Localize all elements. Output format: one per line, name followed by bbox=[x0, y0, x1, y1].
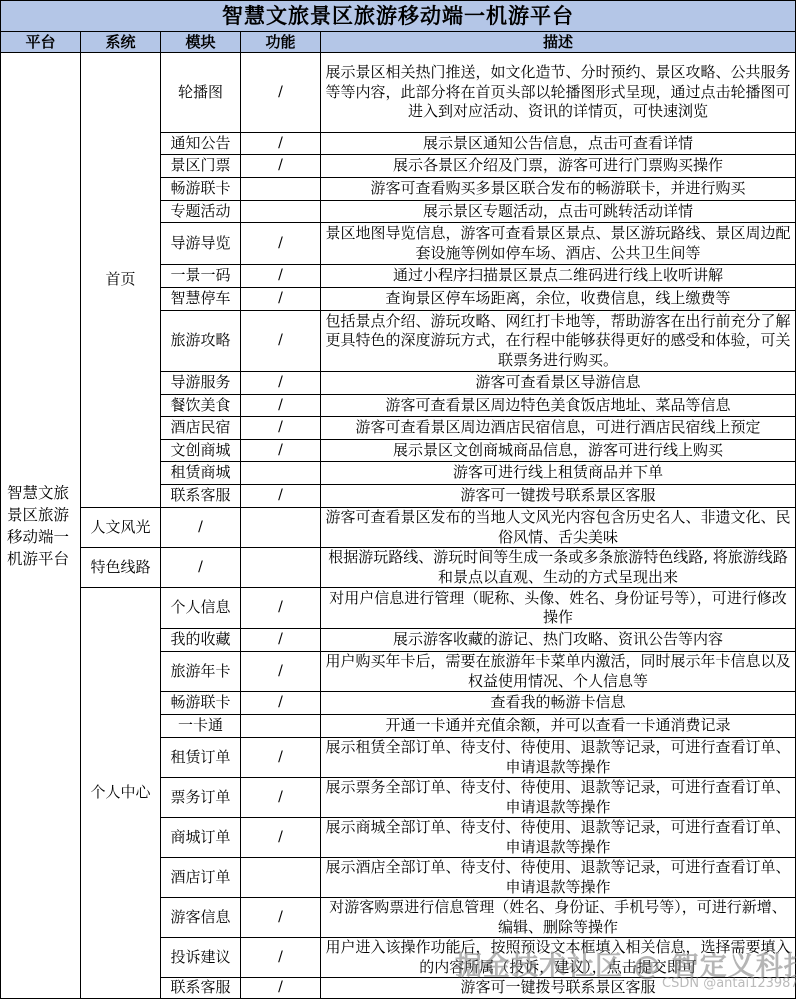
module-cell: 旅游攻略 bbox=[161, 311, 241, 372]
description-cell: 展示各景区介绍及门票，游客可进行门票购买操作 bbox=[321, 155, 796, 178]
module-cell: 我的收藏 bbox=[161, 629, 241, 652]
function-cell: / bbox=[241, 652, 321, 692]
table-title: 智慧文旅景区旅游移动端一机游平台 bbox=[1, 1, 796, 32]
module-cell: 商城订单 bbox=[161, 818, 241, 858]
module-cell: / bbox=[161, 508, 241, 548]
function-cell: / bbox=[241, 223, 321, 265]
module-cell: 投诉建议 bbox=[161, 938, 241, 978]
description-cell: 根据游玩路线、游玩时间等生成一条或多条旅游特色线路, 将旅游线路和景点以直观、生… bbox=[321, 548, 796, 588]
function-cell: / bbox=[241, 53, 321, 133]
description-cell: 通过小程序扫描景区景点二维码进行线上收听讲解 bbox=[321, 265, 796, 288]
header-system: 系统 bbox=[81, 32, 161, 53]
module-cell: 游客信息 bbox=[161, 898, 241, 938]
function-cell: / bbox=[241, 938, 321, 978]
system-cell-home: 首页 bbox=[81, 53, 161, 508]
function-cell bbox=[241, 548, 321, 588]
table-row: 人文风光 / 游客可查看景区发布的当地人文风光内容包含历史名人、非遗文化、民俗风… bbox=[1, 508, 796, 548]
table-row: 个人中心 个人信息 / 对用户信息进行管理（昵称、头像、姓名、身份证号等），可进… bbox=[1, 588, 796, 629]
description-cell: 景区地图导览信息，游客可查看景区景点、景区游玩路线、景区周边配套设施等例如停车场… bbox=[321, 223, 796, 265]
module-cell: 租赁订单 bbox=[161, 738, 241, 778]
function-cell bbox=[241, 858, 321, 898]
module-table: 智慧文旅景区旅游移动端一机游平台 平台 系统 模块 功能 描述 智慧文旅景区旅游… bbox=[0, 0, 796, 999]
module-cell: / bbox=[161, 548, 241, 588]
description-cell: 查询景区停车场距离，余位，收费信息，线上缴费等 bbox=[321, 288, 796, 311]
module-cell: 酒店民宿 bbox=[161, 417, 241, 440]
header-function: 功能 bbox=[241, 32, 321, 53]
function-cell: / bbox=[241, 133, 321, 155]
description-cell: 游客可一键拨号联系景区客服 bbox=[321, 978, 796, 999]
module-cell: 智慧停车 bbox=[161, 288, 241, 311]
header-row: 平台 系统 模块 功能 描述 bbox=[1, 32, 796, 53]
description-cell: 展示景区相关热门推送，如文化造节、分时预约、景区攻略、公共服务等等内容，此部分将… bbox=[321, 53, 796, 133]
module-cell: 餐饮美食 bbox=[161, 395, 241, 417]
module-cell: 导游导览 bbox=[161, 223, 241, 265]
module-cell: 酒店订单 bbox=[161, 858, 241, 898]
description-cell: 展示景区文创商城商品信息，游客可进行线上购买 bbox=[321, 440, 796, 462]
description-cell: 展示酒店全部订单、待支付、待使用、退款等记录，可进行查看订单、申请退款等操作 bbox=[321, 858, 796, 898]
description-cell: 开通一卡通并充值余额，并可以查看一卡通消费记录 bbox=[321, 715, 796, 738]
title-row: 智慧文旅景区旅游移动端一机游平台 bbox=[1, 1, 796, 32]
module-cell: 景区门票 bbox=[161, 155, 241, 178]
system-cell-routes: 特色线路 bbox=[81, 548, 161, 588]
module-cell: 租赁商城 bbox=[161, 462, 241, 485]
function-cell: / bbox=[241, 818, 321, 858]
module-cell: 通知公告 bbox=[161, 133, 241, 155]
description-cell: 展示景区通知公告信息，点击可查看详情 bbox=[321, 133, 796, 155]
function-cell bbox=[241, 201, 321, 223]
function-cell: / bbox=[241, 629, 321, 652]
function-cell: / bbox=[241, 372, 321, 395]
description-cell: 展示票务全部订单、待支付、待使用、退款等记录，可进行查看订单、申请退款等操作 bbox=[321, 778, 796, 818]
system-cell-culture: 人文风光 bbox=[81, 508, 161, 548]
table-row: 特色线路 / 根据游玩路线、游玩时间等生成一条或多条旅游特色线路, 将旅游线路和… bbox=[1, 548, 796, 588]
description-cell: 游客可查看景区导游信息 bbox=[321, 372, 796, 395]
module-cell: 一景一码 bbox=[161, 265, 241, 288]
module-cell: 导游服务 bbox=[161, 372, 241, 395]
function-cell: / bbox=[241, 288, 321, 311]
description-cell: 游客可查看景区周边特色美食饭店地址、菜品等信息 bbox=[321, 395, 796, 417]
function-cell: / bbox=[241, 978, 321, 999]
module-cell: 专题活动 bbox=[161, 201, 241, 223]
function-cell: / bbox=[241, 898, 321, 938]
description-cell: 用户进入该操作功能后，按照预设文本框填入相关信息，选择需要填入的内容所属（投诉，… bbox=[321, 938, 796, 978]
description-cell: 查看我的畅游卡信息 bbox=[321, 692, 796, 715]
function-cell: / bbox=[241, 265, 321, 288]
module-cell: 个人信息 bbox=[161, 588, 241, 629]
function-cell: / bbox=[241, 417, 321, 440]
function-cell bbox=[241, 178, 321, 201]
module-cell: 畅游联卡 bbox=[161, 178, 241, 201]
description-cell: 用户购买年卡后，需要在旅游年卡菜单内激活，同时展示年卡信息以及权益使用情况、个人… bbox=[321, 652, 796, 692]
system-cell-personal: 个人中心 bbox=[81, 588, 161, 999]
module-cell: 票务订单 bbox=[161, 778, 241, 818]
function-cell: / bbox=[241, 155, 321, 178]
module-cell: 联系客服 bbox=[161, 485, 241, 508]
function-cell: / bbox=[241, 485, 321, 508]
module-cell: 一卡通 bbox=[161, 715, 241, 738]
header-description: 描述 bbox=[321, 32, 796, 53]
module-cell: 文创商城 bbox=[161, 440, 241, 462]
description-cell: 展示租赁全部订单、待支付、待使用、退款等记录，可进行查看订单、申请退款等操作 bbox=[321, 738, 796, 778]
description-cell: 游客可查看景区周边酒店民宿信息，可进行酒店民宿线上预定 bbox=[321, 417, 796, 440]
module-cell: 联系客服 bbox=[161, 978, 241, 999]
header-platform: 平台 bbox=[1, 32, 81, 53]
function-cell: / bbox=[241, 588, 321, 629]
description-cell: 展示游客收藏的游记、热门攻略、资讯公告等内容 bbox=[321, 629, 796, 652]
module-cell: 轮播图 bbox=[161, 53, 241, 133]
description-cell: 展示景区专题活动，点击可跳转活动详情 bbox=[321, 201, 796, 223]
description-cell: 对用户信息进行管理（昵称、头像、姓名、身份证号等），可进行修改操作 bbox=[321, 588, 796, 629]
table-row: 智慧文旅景区旅游移动端一机游平台 首页 轮播图 / 展示景区相关热门推送，如文化… bbox=[1, 53, 796, 133]
function-cell: / bbox=[241, 692, 321, 715]
description-cell: 游客可查看购买多景区联合发布的畅游联卡，并进行购买 bbox=[321, 178, 796, 201]
header-module: 模块 bbox=[161, 32, 241, 53]
function-cell bbox=[241, 715, 321, 738]
description-cell: 游客可进行线上租赁商品并下单 bbox=[321, 462, 796, 485]
description-cell: 展示商城全部订单、待支付、待使用、退款等记录，可进行查看订单、申请退款等操作 bbox=[321, 818, 796, 858]
function-cell: / bbox=[241, 738, 321, 778]
platform-cell: 智慧文旅景区旅游移动端一机游平台 bbox=[1, 53, 81, 999]
function-cell bbox=[241, 462, 321, 485]
description-cell: 游客可查看景区发布的当地人文风光内容包含历史名人、非遗文化、民俗风情、舌尖美味 bbox=[321, 508, 796, 548]
module-cell: 旅游年卡 bbox=[161, 652, 241, 692]
function-cell bbox=[241, 508, 321, 548]
function-cell: / bbox=[241, 395, 321, 417]
description-cell: 游客可一键拨号联系景区客服 bbox=[321, 485, 796, 508]
module-cell: 畅游联卡 bbox=[161, 692, 241, 715]
description-cell: 包括景点介绍、游玩攻略、网红打卡地等，帮助游客在出行前充分了解更具特色的深度游玩… bbox=[321, 311, 796, 372]
function-cell: / bbox=[241, 778, 321, 818]
function-cell: / bbox=[241, 311, 321, 372]
description-cell: 对游客购票进行信息管理（姓名、身份证、手机号等），可进行新增、编辑、删除等操作 bbox=[321, 898, 796, 938]
function-cell: / bbox=[241, 440, 321, 462]
